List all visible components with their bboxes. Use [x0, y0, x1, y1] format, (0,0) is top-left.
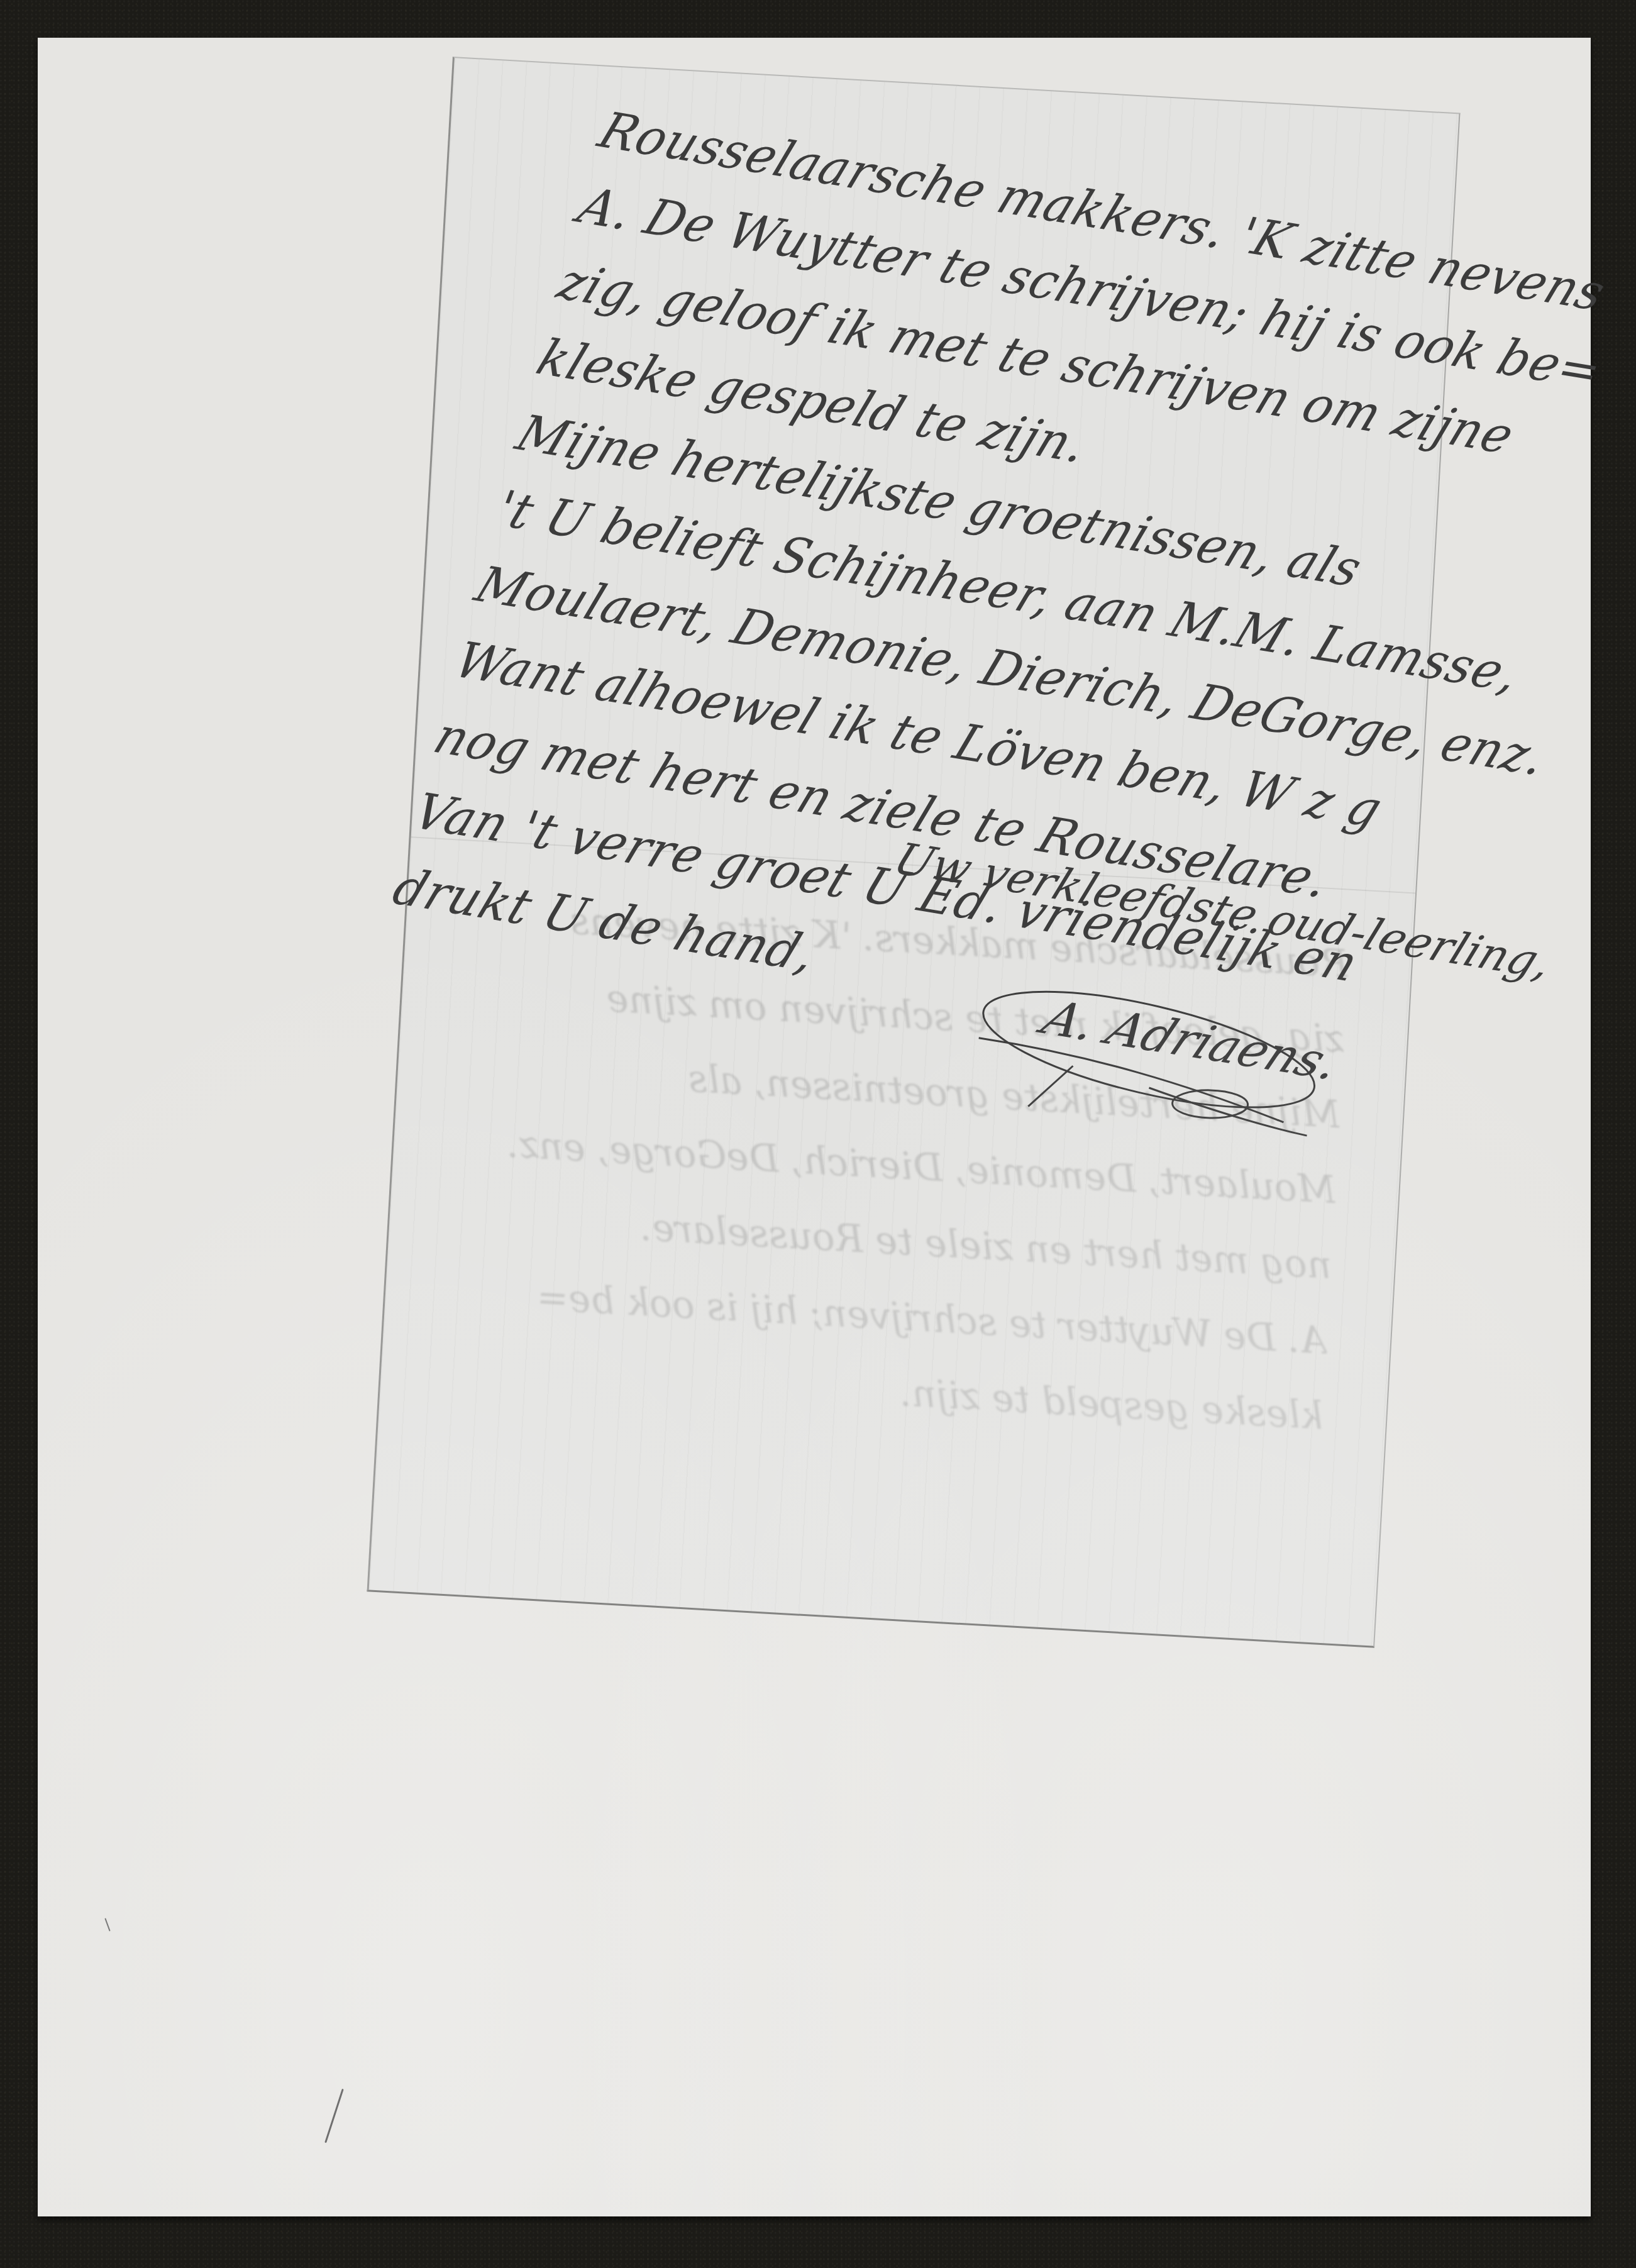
letter-page: Rousselaarsche makkers. 'K zitte nevens … [367, 57, 1461, 1648]
stray-mark [104, 1918, 110, 1931]
mount-paper: Rousselaarsche makkers. 'K zitte nevens … [38, 38, 1591, 2216]
stray-mark [324, 2089, 344, 2144]
